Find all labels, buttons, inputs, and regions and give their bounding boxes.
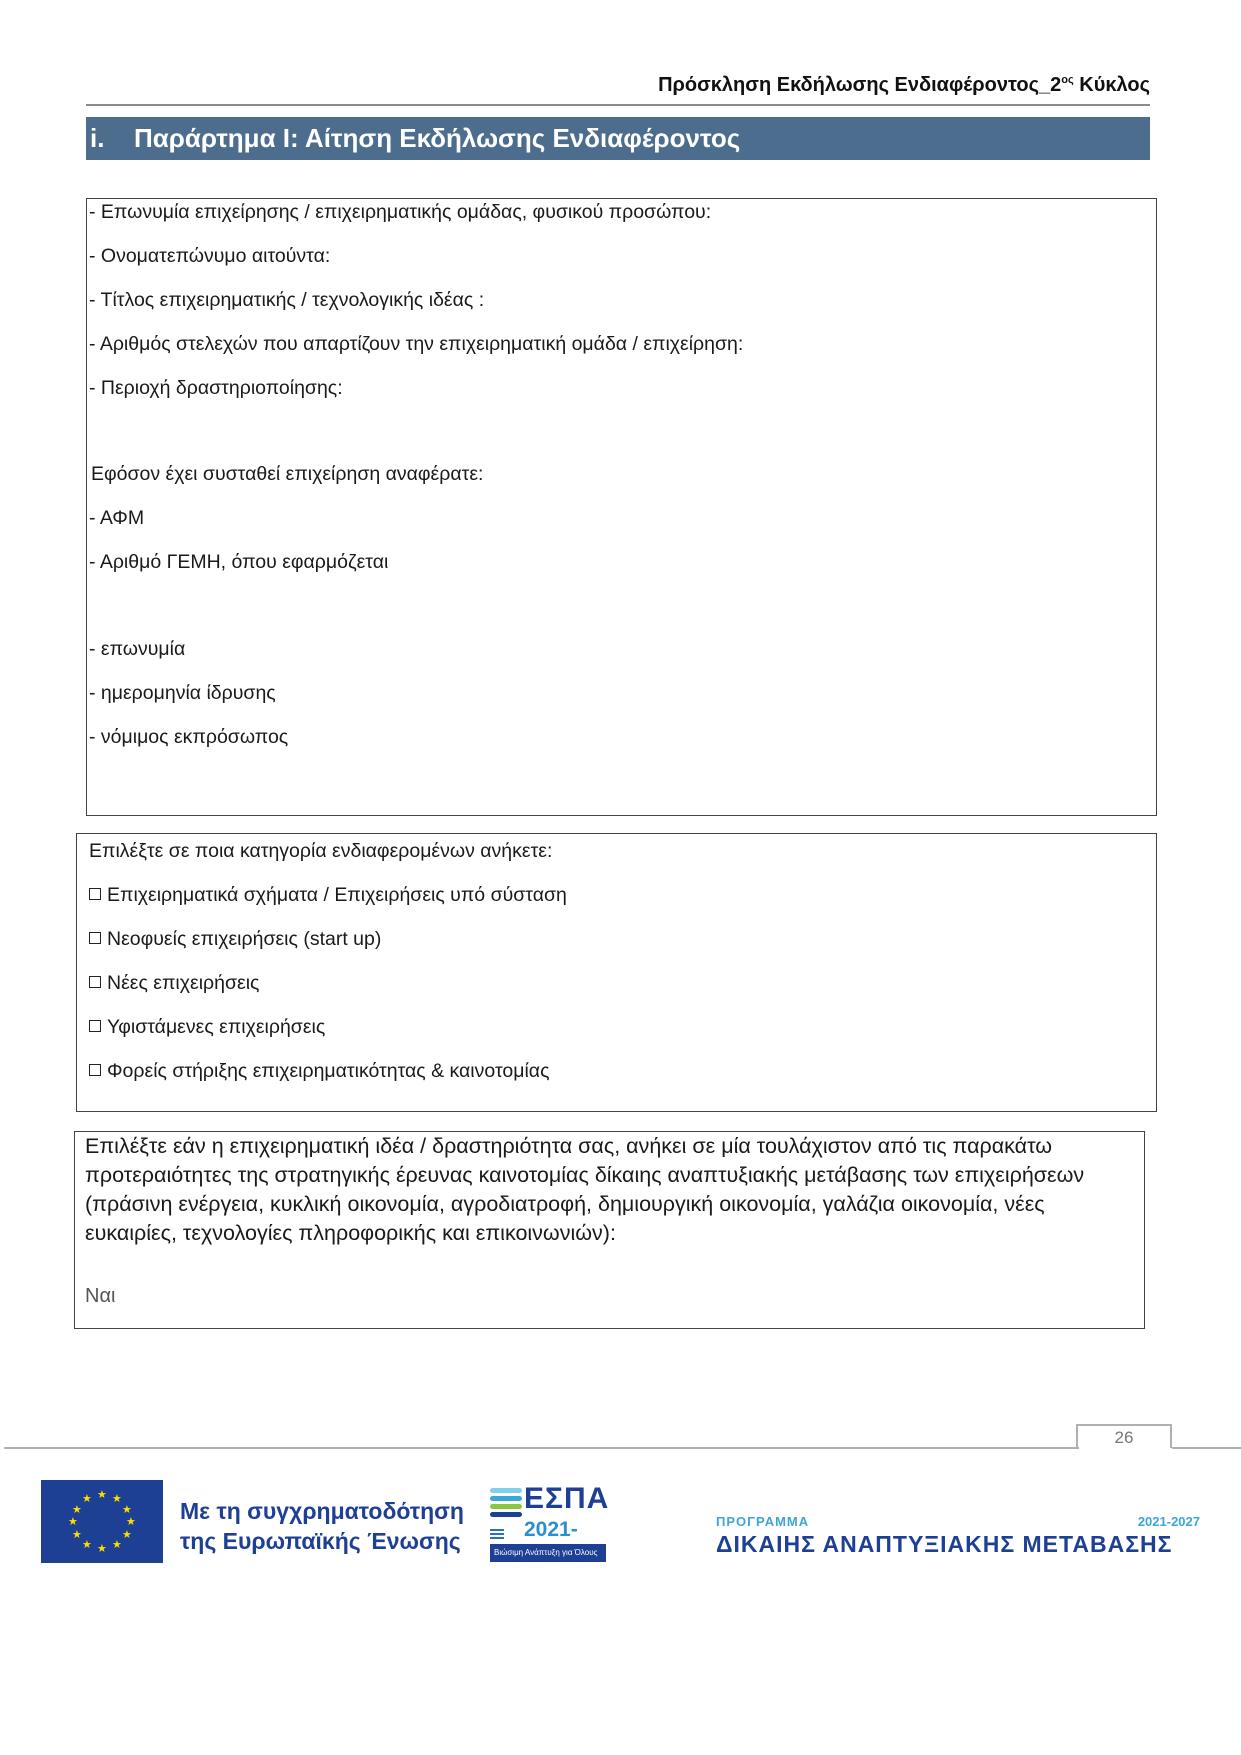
running-title: Πρόσκληση Εκδήλωσης Ενδιαφέροντος_2 bbox=[658, 74, 1061, 96]
eu-flag-icon: ★ ★ ★ ★ ★ ★ ★ ★ ★ ★ ★ ★ bbox=[41, 1480, 163, 1563]
checkbox-icon[interactable] bbox=[89, 932, 101, 944]
field-company-name: - Επωνυμία επιχείρησης / επιχειρηματικής… bbox=[89, 201, 711, 224]
priority-answer[interactable]: Ναι bbox=[85, 1285, 115, 1308]
running-title-sup: ος bbox=[1061, 74, 1073, 86]
footer-divider-right bbox=[1172, 1447, 1241, 1449]
field-legal-rep: - νόμιμος εκπρόσωπος bbox=[89, 726, 288, 749]
checkbox-icon[interactable] bbox=[89, 888, 101, 900]
category-option[interactable]: Νεοφυείς επιχειρήσεις (start up) bbox=[89, 928, 381, 951]
field-staff-count: - Αριθμός στελεχών που απαρτίζουν την επ… bbox=[89, 333, 743, 356]
running-header: Πρόσκληση Εκδήλωσης Ενδιαφέροντος_2ος Κύ… bbox=[86, 74, 1150, 106]
section-heading: i. Παράρτημα Ι: Αίτηση Εκδήλωσης Ενδιαφέ… bbox=[86, 117, 1150, 160]
running-title-end: Κύκλος bbox=[1074, 74, 1150, 96]
field-founding-date: - ημερομηνία ίδρυσης bbox=[89, 682, 276, 705]
category-box: Επιλέξτε σε ποια κατηγορία ενδιαφερομένω… bbox=[76, 833, 1157, 1112]
priority-question: Επιλέξτε εάν η επιχειρηματική ιδέα / δρα… bbox=[85, 1132, 1125, 1248]
cofunding-text: Με τη συγχρηματοδότηση της Ευρωπαϊκής Έν… bbox=[180, 1496, 464, 1556]
category-option[interactable]: Φορείς στήριξης επιχειρηματικότητας & κα… bbox=[89, 1060, 549, 1083]
program-logo: ΠΡΟΓΡΑΜΜΑ 2021-2027 ΔΙΚΑΙΗΣ ΑΝΑΠΤΥΞΙΑΚΗΣ… bbox=[716, 1514, 1200, 1558]
category-option[interactable]: Υφιστάμενες επιχειρήσεις bbox=[89, 1016, 325, 1039]
checkbox-icon[interactable] bbox=[89, 1064, 101, 1076]
category-option[interactable]: Νέες επιχειρήσεις bbox=[89, 972, 259, 995]
field-gemi: - Αριθμό ΓΕΜΗ, όπου εφαρμόζεται bbox=[89, 551, 388, 574]
waves-icon bbox=[490, 1488, 522, 1518]
field-idea-title: - Τίτλος επιχειρηματικής / τεχνολογικής … bbox=[89, 289, 484, 312]
field-region: - Περιοχή δραστηριοποίησης: bbox=[89, 377, 343, 400]
checkbox-icon[interactable] bbox=[89, 976, 101, 988]
field-applicant-name: - Ονοματεπώνυμο αιτούντα: bbox=[89, 245, 330, 268]
section-title: Παράρτημα Ι: Αίτηση Εκδήλωσης Ενδιαφέρον… bbox=[134, 123, 740, 154]
flags-icon bbox=[490, 1526, 522, 1538]
field-brand-name: - επωνυμία bbox=[89, 638, 185, 661]
checkbox-icon[interactable] bbox=[89, 1020, 101, 1032]
page-number: 26 bbox=[1076, 1424, 1172, 1448]
category-option[interactable]: Επιχειρηματικά σχήματα / Επιχειρήσεις υπ… bbox=[89, 884, 567, 907]
section-number: i. bbox=[90, 123, 134, 154]
field-afm: - ΑΦΜ bbox=[89, 507, 144, 530]
espa-logo: ΕΣΠΑ 2021-2027 Βιώσιμη Ανάπτυξη για Όλου… bbox=[488, 1482, 614, 1564]
category-prompt: Επιλέξτε σε ποια κατηγορία ενδιαφερομένω… bbox=[89, 840, 552, 863]
applicant-info-box: - Επωνυμία επιχείρησης / επιχειρηματικής… bbox=[86, 198, 1157, 816]
priority-box: Επιλέξτε εάν η επιχειρηματική ιδέα / δρα… bbox=[74, 1131, 1145, 1329]
company-intro: Εφόσον έχει συσταθεί επιχείρηση αναφέρατ… bbox=[91, 463, 483, 486]
footer-divider bbox=[4, 1447, 1079, 1449]
